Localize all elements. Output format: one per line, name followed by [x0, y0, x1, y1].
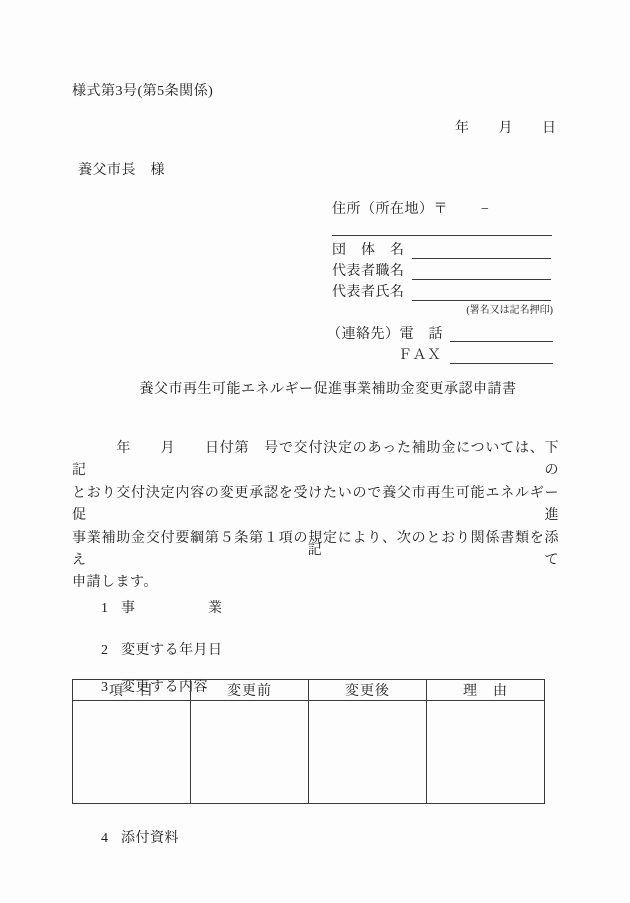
seal-note: (署名又は記名押印) — [466, 305, 553, 317]
body-line: 年 月 日付第 号で交付決定のあった補助金については、下記の — [72, 438, 559, 483]
table-cell-after-empty — [309, 701, 427, 804]
header-cell-item: 項 目 — [73, 680, 191, 701]
table-cell-before-empty — [191, 701, 309, 804]
list-item-attachments: 4添付資料 — [85, 811, 179, 863]
record-mark: 記 — [0, 543, 630, 559]
date-blank-line: 年 月 日 — [455, 121, 557, 137]
item-label: 変更する年月日 — [121, 643, 223, 658]
item-number: 2 — [101, 643, 109, 659]
rep-name-label: 代表者氏名 — [332, 285, 405, 301]
address-underline — [332, 221, 552, 236]
org-name-label: 団 体 名 — [332, 243, 405, 259]
address-label: 住所（所在地）〒 − — [332, 202, 489, 218]
form-number: 様式第3号(第5条関係) — [72, 84, 213, 100]
fax-underline — [450, 349, 553, 364]
document-page: 様式第3号(第5条関係) 年 月 日 養父市長 様 住所（所在地）〒 − 団 体… — [0, 0, 630, 903]
item-label: 事 業 — [121, 601, 223, 616]
body-paragraph: 年 月 日付第 号で交付決定のあった補助金については、下記の とおり交付決定内容… — [72, 438, 559, 595]
fax-label: ＦＡＸ — [398, 348, 442, 364]
rep-title-label: 代表者職名 — [332, 264, 405, 280]
phone-label: （連絡先）電 話 — [327, 327, 443, 343]
recipient-line: 養父市長 様 — [78, 163, 165, 179]
body-line: とおり交付決定内容の変更承認を受けたいので養父市再生可能エネルギー促進 — [72, 483, 559, 528]
table-body-row — [73, 701, 545, 804]
item-number: 1 — [101, 601, 109, 617]
table-cell-reason-empty — [427, 701, 545, 804]
org-name-underline — [412, 244, 551, 259]
header-cell-before: 変更前 — [191, 680, 309, 701]
rep-name-underline — [412, 286, 551, 301]
item-label: 添付資料 — [121, 831, 179, 846]
table-header-row: 項 目 変更前 変更後 理 由 — [73, 680, 545, 701]
header-cell-reason: 理 由 — [427, 680, 545, 701]
rep-title-underline — [412, 265, 551, 280]
table-cell-item-empty — [73, 701, 191, 804]
header-cell-after: 変更後 — [309, 680, 427, 701]
item-number: 4 — [101, 831, 109, 847]
phone-underline — [450, 327, 553, 342]
document-title: 養父市再生可能エネルギー促進事業補助金変更承認申請書 — [85, 382, 571, 398]
change-table: 項 目 変更前 変更後 理 由 — [72, 679, 545, 804]
